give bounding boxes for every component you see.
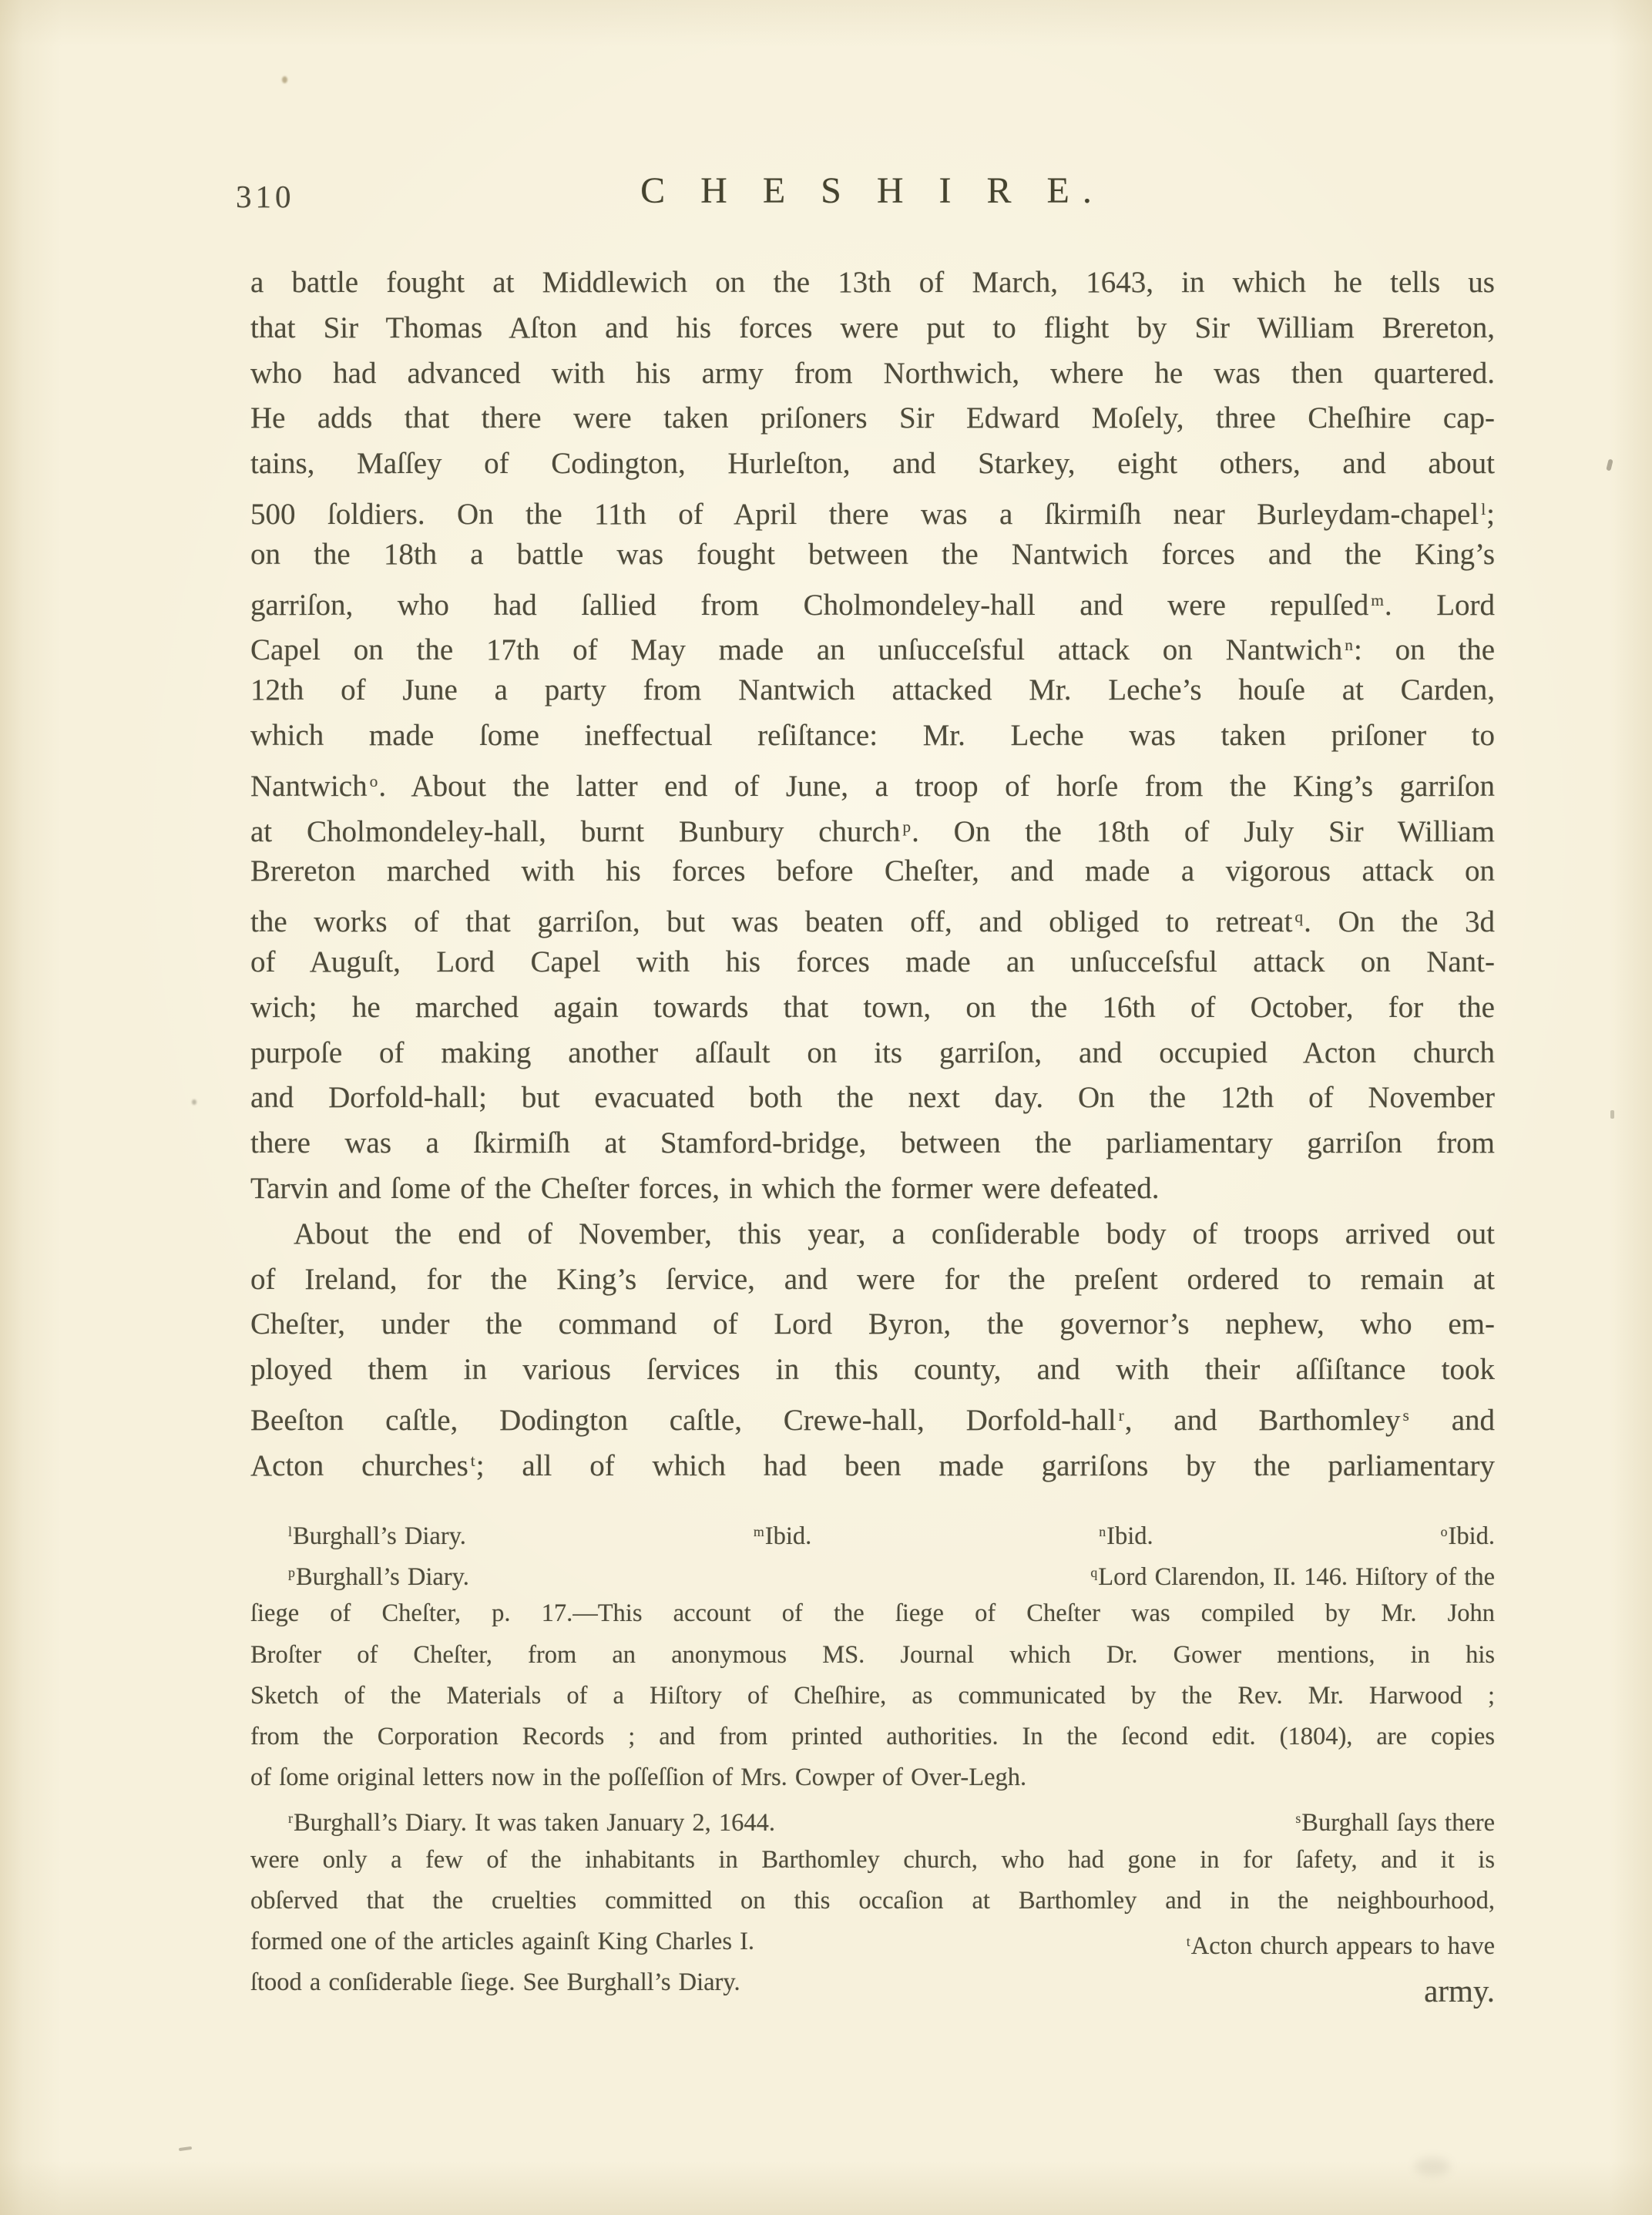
text-line: who had advanced with his army from Nort… — [250, 351, 1495, 397]
ink-speck — [192, 1099, 196, 1105]
footnote-line-column: tActon church appears to have — [1184, 1921, 1495, 1962]
text-line: tains, Maſſey of Codington, Hurleſton, a… — [250, 441, 1495, 487]
footnote-marker: r — [288, 1811, 293, 1826]
footnote-marker: p — [288, 1565, 295, 1580]
text-line: the works of that garriſon, but was beat… — [250, 894, 1495, 940]
footnote-marker: q — [1294, 908, 1303, 926]
footnote-line: pBurghall’s Diary.qLord Clarendon, II. 1… — [250, 1552, 1495, 1593]
text-line: Beeſton caſtle, Dodington caſtle, Crewe-… — [250, 1393, 1495, 1438]
text-line: Nantwicho. About the latter end of June,… — [250, 759, 1495, 804]
footnote-line-column: sBurghall ſays there — [1293, 1798, 1495, 1839]
footnote-line: Broſter of Cheſter, from an anonymous MS… — [250, 1635, 1495, 1676]
footnotes: lBurghall’s Diary.mIbid.nIbid.oIbid.pBur… — [250, 1512, 1495, 2003]
text-line: Cheſter, under the command of Lord Byron… — [250, 1302, 1495, 1347]
text-line: a battle fought at Middlewich on the 13t… — [250, 260, 1495, 306]
body-text: a battle fought at Middlewich on the 13t… — [250, 260, 1495, 1484]
text-line: ployed them in various ſervices in this … — [250, 1347, 1495, 1393]
footnote-marker: o — [370, 772, 378, 790]
footnote-line: ſiege of Cheſter, p. 17.—This account of… — [250, 1593, 1495, 1634]
text-line: Acton churchest; all of which had been m… — [250, 1438, 1495, 1484]
footnote-line-column: lBurghall’s Diary. — [286, 1512, 466, 1552]
footnote-line: of ſome original letters now in the poſſ… — [250, 1757, 1495, 1798]
running-title: C H E S H I R E. — [250, 169, 1495, 212]
paper-speck — [282, 76, 287, 83]
text-line: and Dorfold-hall; but evacuated both the… — [250, 1076, 1495, 1121]
text-line: which made ſome ineffectual reſiſtance: … — [250, 713, 1495, 759]
footnote-marker: n — [1099, 1524, 1106, 1539]
ink-speck — [1606, 458, 1613, 471]
footnote-line: Sketch of the Materials of a Hiſtory of … — [250, 1676, 1495, 1717]
footnote-line-column: rBurghall’s Diary. It was taken January … — [286, 1798, 775, 1839]
text-line: garriſon, who had ſallied from Cholmonde… — [250, 578, 1495, 623]
footnote-line: were only a few of the inhabitants in Ba… — [250, 1840, 1495, 1881]
footnote-line-column: mIbid. — [751, 1512, 811, 1552]
footnote-marker: o — [1441, 1524, 1448, 1539]
footnote-line: from the Corporation Records ; and from … — [250, 1717, 1495, 1757]
text-line: there was a ſkirmiſh at Stamford-bridge,… — [250, 1121, 1495, 1166]
footnote-line: lBurghall’s Diary.mIbid.nIbid.oIbid. — [250, 1512, 1495, 1552]
text-line: Capel on the 17th of May made an unſucce… — [250, 623, 1495, 668]
text-line: at Cholmondeley-hall, burnt Bunbury chur… — [250, 804, 1495, 850]
text-line: on the 18th a battle was fought between … — [250, 532, 1495, 578]
paper-stain — [1415, 2157, 1450, 2176]
text-line: Tarvin and ſome of the Cheſter forces, i… — [250, 1166, 1495, 1212]
footnote-marker: n — [1345, 636, 1353, 654]
footnote-line: rBurghall’s Diary. It was taken January … — [250, 1798, 1495, 1839]
footnote-marker: r — [1119, 1406, 1124, 1425]
text-line: wich; he marched again towards that town… — [250, 985, 1495, 1031]
text-line: that Sir Thomas Aſton and his forces wer… — [250, 306, 1495, 351]
footnote-marker: t — [1187, 1934, 1190, 1949]
catchword: army. — [250, 1972, 1495, 2009]
footnote-line: obſerved that the cruelties committed on… — [250, 1881, 1495, 1921]
footnote-line-column: formed one of the articles againſt King … — [250, 1921, 754, 1962]
text-line: About the end of November, this year, a … — [250, 1212, 1495, 1257]
footnote-marker: l — [288, 1524, 292, 1539]
footnote-line: formed one of the articles againſt King … — [250, 1921, 1495, 1962]
footnote-line-column: qLord Clarendon, II. 146. Hiſtory of the — [1088, 1552, 1495, 1593]
text-line: of Ireland, for the King’s ſervice, and … — [250, 1257, 1495, 1303]
text-line: He adds that there were taken priſoners … — [250, 396, 1495, 441]
text-line: of Auguſt, Lord Capel with his forces ma… — [250, 940, 1495, 985]
footnote-marker: t — [471, 1451, 475, 1470]
footnote-marker: q — [1090, 1565, 1097, 1580]
footnote-marker: p — [902, 817, 911, 836]
footnote-line-column: nIbid. — [1096, 1512, 1153, 1552]
text-line: 500 ſoldiers. On the 11th of April there… — [250, 487, 1495, 532]
text-line: Brereton marched with his forces before … — [250, 849, 1495, 894]
text-line: 12th of June a party from Nantwich attac… — [250, 668, 1495, 713]
ink-speck — [1610, 1110, 1614, 1119]
footnote-marker: s — [1403, 1406, 1409, 1425]
footnote-marker: m — [1371, 591, 1384, 609]
footnote-marker: s — [1295, 1811, 1301, 1826]
ink-speck — [179, 2146, 192, 2151]
footnote-line-column: oIbid. — [1439, 1512, 1495, 1552]
footnote-line-column: pBurghall’s Diary. — [286, 1552, 469, 1593]
book-page: 310 C H E S H I R E. a battle fought at … — [0, 0, 1652, 2215]
footnote-marker: m — [754, 1524, 764, 1539]
footnote-marker: l — [1481, 500, 1486, 519]
text-line: purpoſe of making another aſſault on its… — [250, 1031, 1495, 1076]
